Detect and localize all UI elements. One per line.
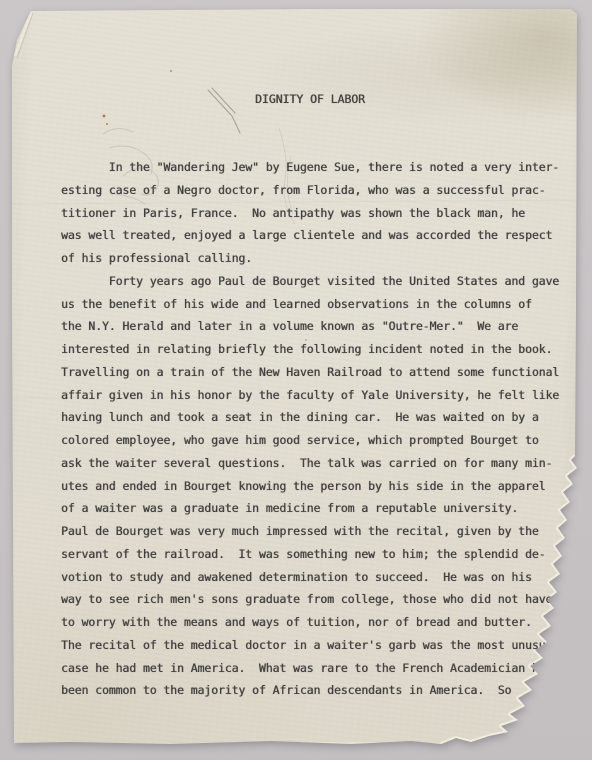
typed-line: was well treated, enjoyed a large client… xyxy=(61,224,577,247)
under-sheet-edge xyxy=(15,12,31,56)
typed-line: votion to study and awakened determinati… xyxy=(61,566,577,589)
typed-line: titioner in Paris, France. No antipathy … xyxy=(61,202,577,225)
under-sheet-crease xyxy=(17,13,33,58)
typed-line: the N.Y. Herald and later in a volume kn… xyxy=(61,315,577,338)
typed-line: of his professional calling. xyxy=(61,247,577,270)
typed-line: interested in relating briefly the follo… xyxy=(61,338,577,361)
ink-speck xyxy=(103,115,106,118)
typed-line: esting case of a Negro doctor, from Flor… xyxy=(61,179,577,202)
typed-line: way to see rich men's sons graduate from… xyxy=(61,588,577,611)
typed-line: us the benefit of his wide and learned o… xyxy=(61,293,577,316)
typed-line: ask the waiter several questions. The ta… xyxy=(61,452,577,475)
typed-line: case he had met in America. What was rar… xyxy=(61,657,577,680)
typed-line: utes and ended in Bourget knowing the pe… xyxy=(61,475,577,498)
typed-line: affair given in his honor by the faculty… xyxy=(61,384,577,407)
typed-line: been common to the majority of African d… xyxy=(61,679,577,702)
document-title: DIGNITY OF LABOR xyxy=(255,92,365,106)
typed-line: of a waiter was a graduate in medicine f… xyxy=(61,497,577,520)
scan-background: DIGNITY OF LABOR In the "Wandering Jew" … xyxy=(0,0,592,760)
typed-line: Forty years ago Paul de Bourget visited … xyxy=(61,270,577,293)
torn-edge-highlight-bottom xyxy=(231,743,441,744)
typed-line: having lunch and took a seat in the dini… xyxy=(61,406,577,429)
pencil-mark xyxy=(208,88,240,133)
document-body: In the "Wandering Jew" by Eugene Sue, th… xyxy=(61,156,577,702)
ink-speck xyxy=(170,70,172,72)
typed-line: Travelling on a train of the New Haven R… xyxy=(61,361,577,384)
document-page: DIGNITY OF LABOR In the "Wandering Jew" … xyxy=(11,8,579,748)
typed-line: colored employee, who gave him good serv… xyxy=(61,429,577,452)
typed-line: The recital of the medical doctor in a w… xyxy=(61,634,577,657)
ink-speck xyxy=(106,123,108,125)
typed-line: to worry with the means and ways of tuit… xyxy=(61,611,577,634)
typed-line: Paul de Bourget was very much impressed … xyxy=(61,520,577,543)
typed-line: servant of the railroad. It was somethin… xyxy=(61,543,577,566)
paper-sheet-wrap: DIGNITY OF LABOR In the "Wandering Jew" … xyxy=(11,8,579,748)
typed-line: In the "Wandering Jew" by Eugene Sue, th… xyxy=(61,156,577,179)
